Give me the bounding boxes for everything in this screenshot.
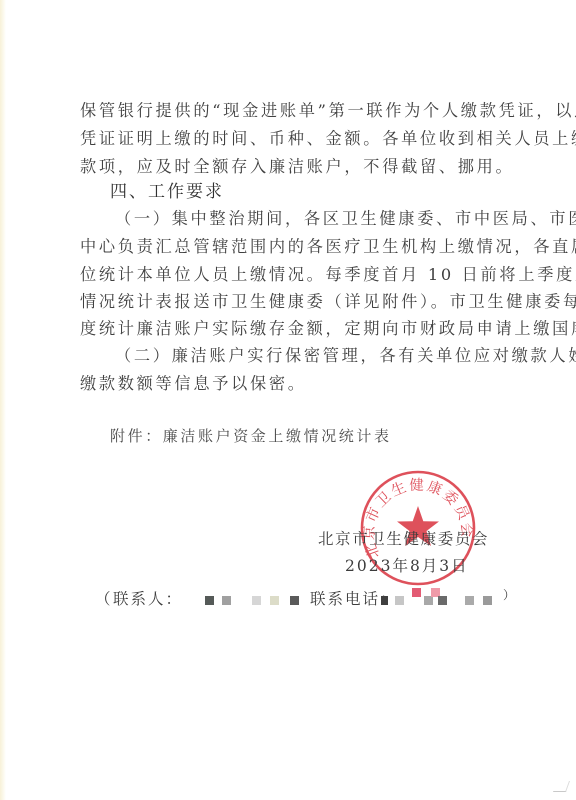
redaction-block (252, 596, 261, 605)
redaction-block (395, 596, 404, 605)
redaction-block (412, 588, 421, 597)
item-1-line: 度统计廉洁账户实际缴存金额，定期向市财政局申请上缴国库。 (80, 315, 508, 342)
item-1-line: 情况统计表报送市卫生健康委（详见附件）。市卫生健康委每季 (80, 288, 508, 315)
scan-corner-mark (553, 781, 570, 792)
redaction-block (222, 596, 231, 605)
attachment-note: 附件：廉洁账户资金上缴情况统计表 (110, 424, 392, 448)
item-1-line: 中心负责汇总管辖范围内的各医疗卫生机构上缴情况，各直属单 (80, 233, 508, 260)
close-paren: ） (503, 584, 517, 606)
redaction-block (465, 596, 474, 605)
item-1-line: 位统计本单位人员上缴情况。每季度首月 10 日前将上季度上缴 (80, 261, 508, 288)
scan-edge-shadow (0, 0, 6, 800)
paragraph-line: 款项，应及时全额存入廉洁账户，不得截留、挪用。 (80, 153, 508, 180)
paragraph-line: 凭证证明上缴的时间、币种、金额。各单位收到相关人员上缴的 (80, 125, 508, 152)
redaction-block (270, 596, 279, 605)
redaction-block (483, 596, 492, 605)
redaction-block (381, 596, 388, 605)
contact-info: （ 联系人： 联系电话： ） (95, 588, 535, 610)
contact-person-label: 联系人： (113, 588, 183, 610)
redaction-block (438, 596, 447, 605)
redaction-block (424, 596, 433, 605)
issue-date: 2023年8月3日 (345, 554, 469, 578)
item-2-line: （二）廉洁账户实行保密管理，各有关单位应对缴款人姓名、 (115, 342, 508, 369)
redaction-block (205, 596, 214, 605)
item-2-line: 缴款数额等信息予以保密。 (80, 370, 508, 397)
item-1-line: （一）集中整治期间，各区卫生健康委、市中医局、市医管 (115, 205, 508, 232)
issuer-signature: 北京市卫生健康委员会 (318, 527, 489, 551)
redaction-block (290, 596, 299, 605)
open-paren: （ (95, 588, 113, 610)
section-heading: 四、工作要求 (110, 179, 224, 206)
paragraph-line: 保管银行提供的“现金进账单”第一联作为个人缴款凭证，以此 (80, 97, 508, 124)
